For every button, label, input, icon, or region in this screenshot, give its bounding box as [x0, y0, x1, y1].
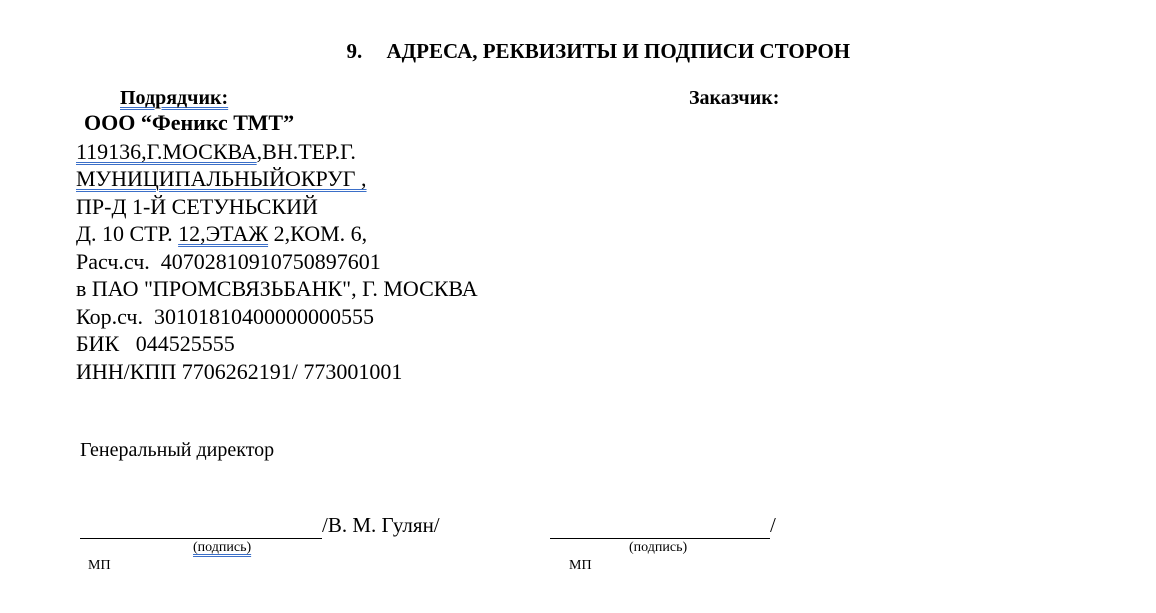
contractor-corr-account: Кор.сч. 30101810400000000555	[76, 303, 374, 331]
contractor-signature-line	[80, 516, 322, 539]
contractor-bik: БИК 044525555	[76, 330, 235, 358]
customer-signer: /	[770, 513, 776, 538]
contractor-address-line3: ПР-Д 1-Й СЕТУНЬСКИЙ	[76, 193, 318, 221]
section-heading: 9.АДРЕСА, РЕКВИЗИТЫ И ПОДПИСИ СТОРОН	[336, 14, 850, 64]
customer-stamp: МП	[569, 558, 592, 574]
address-city: 119136,Г.МОСКВА	[76, 139, 257, 164]
contractor-address-line1: 119136,Г.МОСКВА,ВН.ТЕР.Г.	[76, 138, 356, 166]
contractor-company: ООО “Феникс ТМТ”	[84, 110, 294, 136]
contractor-address-line2: МУНИЦИПАЛЬНЫЙОКРУГ ,	[76, 165, 367, 193]
section-number: 9.	[347, 39, 387, 64]
contractor-label: Подрядчик:	[120, 87, 228, 110]
contractor-account: Расч.сч. 40702810910750897601	[76, 248, 381, 276]
contractor-stamp: МП	[88, 558, 111, 574]
contractor-inn-kpp: ИНН/КПП 7706262191/ 773001001	[76, 358, 402, 386]
customer-signature-caption: (подпись)	[629, 540, 687, 556]
contractor-address-line4: Д. 10 СТР. 12,ЭТАЖ 2,КОМ. 6,	[76, 220, 367, 248]
section-title: АДРЕСА, РЕКВИЗИТЫ И ПОДПИСИ СТОРОН	[387, 39, 851, 63]
contractor-signature-caption: (подпись)	[193, 540, 251, 556]
contractor-signer: /В. М. Гулян/	[322, 513, 440, 538]
contractor-bank: в ПАО "ПРОМСВЯЗЬБАНК", Г. МОСКВА	[76, 275, 478, 303]
contractor-position: Генеральный директор	[80, 439, 274, 462]
customer-signature-line	[550, 516, 770, 539]
customer-label: Заказчик:	[689, 87, 779, 110]
